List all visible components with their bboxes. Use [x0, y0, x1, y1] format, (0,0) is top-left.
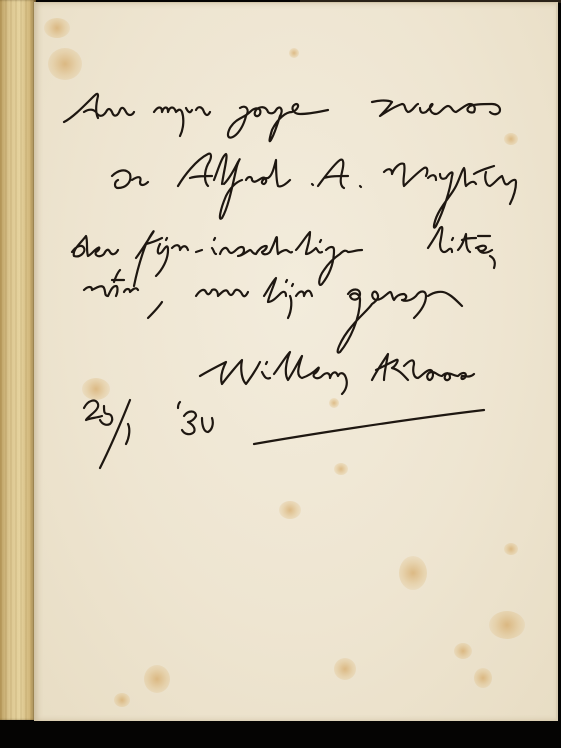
- ink-date: [84, 400, 484, 468]
- ink-line-1: [64, 94, 500, 141]
- ink-line-4: [84, 270, 462, 353]
- book-photo: Aan mijn jongen Vriend Dr Alfred A. Haig…: [0, 0, 561, 748]
- ink-line-2: [112, 154, 516, 228]
- ink-signature: [200, 352, 474, 394]
- handwriting-ink: [0, 0, 561, 748]
- ink-line-3: [72, 227, 495, 286]
